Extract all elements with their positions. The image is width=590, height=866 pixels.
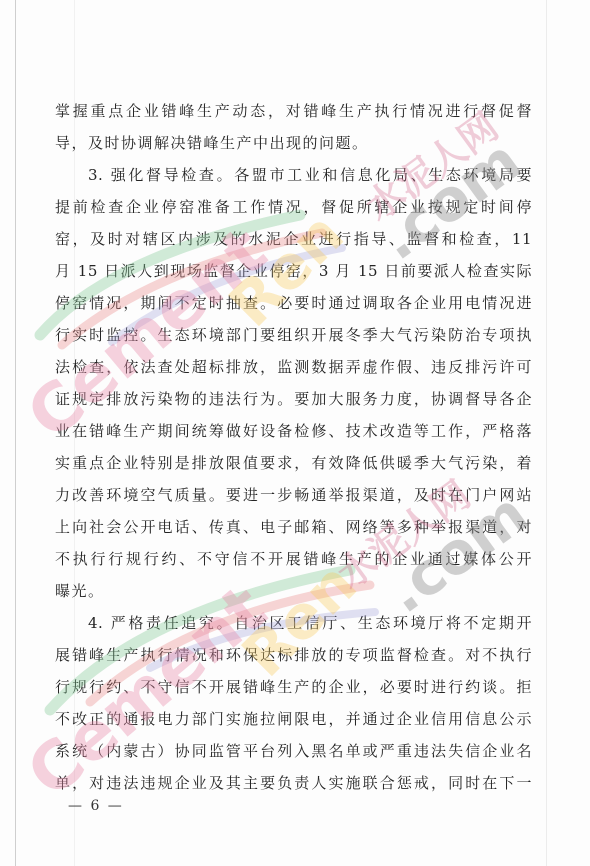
text-line: 上向社会公开电话、传真、电子邮箱、网络等多种举报渠道，对 <box>55 511 532 543</box>
text-line: 不执行行规行约、不守信不开展错峰生产的企业通过媒体公开 <box>55 543 532 575</box>
text-line: 证规定排放污染物的违法行为。要加大服务力度，协调督导各企 <box>55 383 532 415</box>
text-line: 提前检查企业停窑准备工作情况，督促所辖企业按规定时间停 <box>55 191 532 223</box>
document-body: 掌握重点企业错峰生产动态，对错峰生产执行情况进行督促督 导，及时协调解决错峰生产… <box>55 95 532 799</box>
text-line: 停窑情况，期间不定时抽查。必要时通过调取各企业用电情况进 <box>55 287 532 319</box>
text-line: 实重点企业特别是排放限值要求，有效降低供暖季大气污染，着 <box>55 447 532 479</box>
paragraph-item-4-accountability: 4. 严格责任追究。自治区工信厅、生态环境厅将不定期开 展错峰生产执行情况和环保… <box>55 607 532 799</box>
paragraph-continuation: 掌握重点企业错峰生产动态，对错峰生产执行情况进行督促督 导，及时协调解决错峰生产… <box>55 95 532 159</box>
page-right-border <box>546 0 547 866</box>
text-line: 4. 严格责任追究。自治区工信厅、生态环境厅将不定期开 <box>55 607 532 639</box>
text-line: 单，对违法违规企业及其主要负责人实施联合惩戒，同时在下一 <box>55 767 532 799</box>
text-line: 展错峰生产执行情况和环保达标排放的专项监督检查。对不执行 <box>55 639 532 671</box>
paragraph-item-3-strengthen-supervision: 3. 强化督导检查。各盟市工业和信息化局、生态环境局要 提前检查企业停窑准备工作… <box>55 159 532 607</box>
page-left-border <box>15 0 16 866</box>
text-line: 行实时监控。生态环境部门要组织开展冬季大气污染防治专项执 <box>55 319 532 351</box>
text-line: 导，及时协调解决错峰生产中出现的问题。 <box>55 127 532 159</box>
text-line: 窑，及时对辖区内涉及的水泥企业进行指导、监督和检查，11 <box>55 223 532 255</box>
text-line: 3. 强化督导检查。各盟市工业和信息化局、生态环境局要 <box>55 159 532 191</box>
text-line: 法检查，依法查处超标排放，监测数据弄虚作假、违反排污许可 <box>55 351 532 383</box>
text-line: 业在错峰生产期间统筹做好设备检修、技术改造等工作，严格落 <box>55 415 532 447</box>
text-line: 掌握重点企业错峰生产动态，对错峰生产执行情况进行督促督 <box>55 95 532 127</box>
text-line: 力改善环境空气质量。要进一步畅通举报渠道，及时在门户网站 <box>55 479 532 511</box>
text-line: 不改正的通报电力部门实施拉闸限电，并通过企业信用信息公示 <box>55 703 532 735</box>
text-line: 曝光。 <box>55 575 532 607</box>
text-line: 行规行约、不守信不开展错峰生产的企业，必要时进行约谈。拒 <box>55 671 532 703</box>
text-line: 系统（内蒙古）协同监管平台列入黑名单或严重违法失信企业名 <box>55 735 532 767</box>
text-line: 月 15 日派人到现场监督企业停窑，3 月 15 日前要派人检查实际 <box>55 255 532 287</box>
